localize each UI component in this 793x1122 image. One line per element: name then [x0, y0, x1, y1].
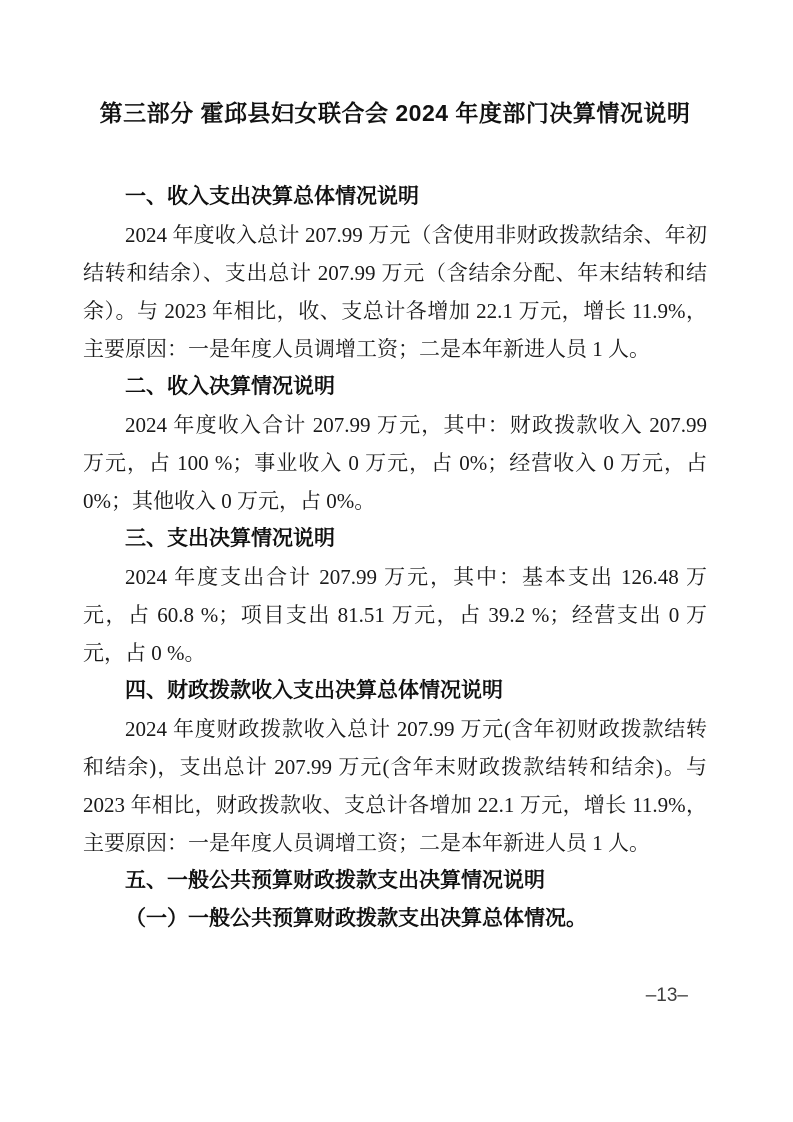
section-income-expenditure-overview: 一、收入支出决算总体情况说明 2024 年度收入总计 207.99 万元（含使用… [83, 178, 707, 368]
section-5-heading: 五、一般公共预算财政拨款支出决算情况说明 [83, 862, 707, 900]
section-expenditure-final-accounts: 三、支出决算情况说明 2024 年度支出合计 207.99 万元，其中：基本支出… [83, 520, 707, 672]
section-income-final-accounts: 二、收入决算情况说明 2024 年度收入合计 207.99 万元，其中：财政拨款… [83, 368, 707, 520]
section-3-heading: 三、支出决算情况说明 [83, 520, 707, 558]
subsection-general-public-budget-overview: （一）一般公共预算财政拨款支出决算总体情况。 [83, 900, 707, 938]
section-2-paragraph: 2024 年度收入合计 207.99 万元，其中：财政拨款收入 207.99 万… [83, 406, 707, 520]
document-content: 第三部分 霍邱县妇女联合会 2024 年度部门决算情况说明 一、收入支出决算总体… [83, 96, 707, 938]
section-general-public-budget: 五、一般公共预算财政拨款支出决算情况说明 [83, 862, 707, 900]
document-title: 第三部分 霍邱县妇女联合会 2024 年度部门决算情况说明 [83, 96, 707, 130]
document-page: 第三部分 霍邱县妇女联合会 2024 年度部门决算情况说明 一、收入支出决算总体… [0, 0, 793, 1122]
section-1-heading: 一、收入支出决算总体情况说明 [83, 178, 707, 216]
section-4-paragraph: 2024 年度财政拨款收入总计 207.99 万元(含年初财政拨款结转和结余)，… [83, 710, 707, 862]
section-5-1-subheading: （一）一般公共预算财政拨款支出决算总体情况。 [83, 900, 707, 938]
section-fiscal-appropriation-overview: 四、财政拨款收入支出决算总体情况说明 2024 年度财政拨款收入总计 207.9… [83, 672, 707, 862]
section-3-paragraph: 2024 年度支出合计 207.99 万元，其中：基本支出 126.48 万元，… [83, 558, 707, 672]
section-1-paragraph: 2024 年度收入总计 207.99 万元（含使用非财政拨款结余、年初结转和结余… [83, 216, 707, 368]
section-4-heading: 四、财政拨款收入支出决算总体情况说明 [83, 672, 707, 710]
section-2-heading: 二、收入决算情况说明 [83, 368, 707, 406]
page-number: –13– [646, 985, 688, 1007]
